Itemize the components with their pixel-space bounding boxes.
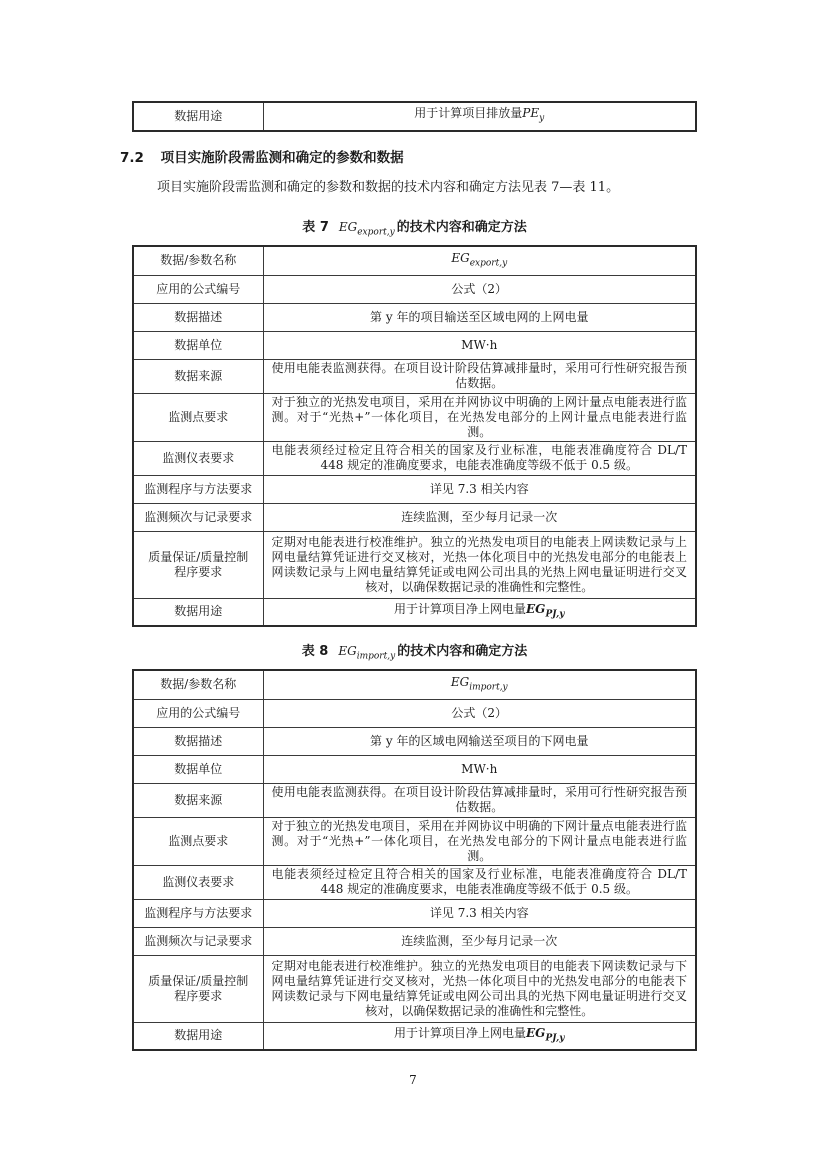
table-row: 数据来源 使用电能表监测获得。在项目设计阶段估算减排量时，采用可行性研究报告预估… — [133, 783, 696, 817]
table-row: 数据/参数名称 EGimport,y — [133, 670, 696, 699]
row-value: MW·h — [263, 755, 696, 783]
row-label: 数据用途 — [133, 598, 263, 626]
row-label: 质量保证/质量控制程序要求 — [133, 531, 263, 598]
row-label: 监测点要求 — [133, 393, 263, 441]
row-label: 数据单位 — [133, 755, 263, 783]
row-label: 监测程序与方法要求 — [133, 899, 263, 927]
row-value: 用于计算项目净上网电量EGPJ,y — [263, 1022, 696, 1050]
page-number: 7 — [0, 1073, 826, 1087]
section-number: 7.2 — [120, 150, 144, 166]
row-value: 对于独立的光热发电项目，采用在并网协议中明确的下网计量点电能表进行监测。对于“光… — [263, 817, 696, 865]
row-value: 使用电能表监测获得。在项目设计阶段估算减排量时，采用可行性研究报告预估数据。 — [263, 359, 696, 393]
row-label: 数据描述 — [133, 727, 263, 755]
math-symbol: EGPJ,y — [526, 602, 564, 616]
row-value: 使用电能表监测获得。在项目设计阶段估算减排量时，采用可行性研究报告预估数据。 — [263, 783, 696, 817]
row-label: 监测频次与记录要求 — [133, 503, 263, 531]
math-symbol: EGexport,y — [451, 251, 507, 265]
table-row: 数据用途 用于计算项目排放量PEy — [133, 102, 696, 131]
row-value: MW·h — [263, 331, 696, 359]
table-row: 数据单位 MW·h — [133, 331, 696, 359]
row-value: EGimport,y — [263, 670, 696, 699]
row-label: 应用的公式编号 — [133, 275, 263, 303]
table-row: 监测点要求 对于独立的光热发电项目，采用在并网协议中明确的下网计量点电能表进行监… — [133, 817, 696, 865]
row-value: 详见 7.3 相关内容 — [263, 475, 696, 503]
table-row: 监测程序与方法要求 详见 7.3 相关内容 — [133, 899, 696, 927]
table-row: 监测仪表要求 电能表须经过检定且符合相关的国家及行业标准，电能表准确度符合 DL… — [133, 865, 696, 899]
row-label: 监测程序与方法要求 — [133, 475, 263, 503]
row-value: EGexport,y — [263, 246, 696, 275]
row-label: 质量保证/质量控制程序要求 — [133, 955, 263, 1022]
math-symbol: EGexport,y — [339, 220, 395, 234]
table7-caption: 表 7EGexport,y的技术内容和确定方法 — [132, 216, 697, 237]
previous-table: 数据用途 用于计算项目排放量PEy — [132, 101, 697, 132]
row-label: 监测仪表要求 — [133, 865, 263, 899]
table-row: 数据用途 用于计算项目净上网电量EGPJ,y — [133, 598, 696, 626]
row-value: 公式（2） — [263, 699, 696, 727]
math-symbol: PEy — [522, 106, 544, 120]
row-label: 数据来源 — [133, 783, 263, 817]
table-row: 监测频次与记录要求 连续监测，至少每月记录一次 — [133, 927, 696, 955]
row-label: 数据单位 — [133, 331, 263, 359]
table-row: 数据描述 第 y 年的项目输送至区域电网的上网电量 — [133, 303, 696, 331]
table-row: 数据/参数名称 EGexport,y — [133, 246, 696, 275]
section-heading: 7.2 项目实施阶段需监测和确定的参数和数据 — [120, 146, 404, 166]
table8-caption: 表 8EGimport,y的技术内容和确定方法 — [132, 640, 697, 661]
row-value: 电能表须经过检定且符合相关的国家及行业标准，电能表准确度符合 DL/T 448 … — [263, 865, 696, 899]
section-paragraph: 项目实施阶段需监测和确定的参数和数据的技术内容和确定方法见表 7—表 11。 — [157, 176, 619, 195]
table-row: 数据单位 MW·h — [133, 755, 696, 783]
table-row: 质量保证/质量控制程序要求 定期对电能表进行校准维护。独立的光热发电项目的电能表… — [133, 531, 696, 598]
row-value: 用于计算项目净上网电量EGPJ,y — [263, 598, 696, 626]
table-row: 监测频次与记录要求 连续监测，至少每月记录一次 — [133, 503, 696, 531]
row-value: 连续监测，至少每月记录一次 — [263, 927, 696, 955]
section-title: 项目实施阶段需监测和确定的参数和数据 — [161, 150, 404, 166]
math-symbol: EGimport,y — [451, 675, 508, 689]
math-symbol: EGPJ,y — [526, 1026, 564, 1040]
table-row: 质量保证/质量控制程序要求 定期对电能表进行校准维护。独立的光热发电项目的电能表… — [133, 955, 696, 1022]
row-label: 监测点要求 — [133, 817, 263, 865]
row-value: 对于独立的光热发电项目，采用在并网协议中明确的上网计量点电能表进行监测。对于“光… — [263, 393, 696, 441]
row-value: 公式（2） — [263, 275, 696, 303]
table-row: 数据来源 使用电能表监测获得。在项目设计阶段估算减排量时，采用可行性研究报告预估… — [133, 359, 696, 393]
row-label: 数据描述 — [133, 303, 263, 331]
table-row: 数据描述 第 y 年的区域电网输送至项目的下网电量 — [133, 727, 696, 755]
table7: 数据/参数名称 EGexport,y 应用的公式编号 公式（2） 数据描述 第 … — [132, 245, 697, 627]
table-row: 监测点要求 对于独立的光热发电项目，采用在并网协议中明确的上网计量点电能表进行监… — [133, 393, 696, 441]
row-label: 数据来源 — [133, 359, 263, 393]
table8: 数据/参数名称 EGimport,y 应用的公式编号 公式（2） 数据描述 第 … — [132, 669, 697, 1051]
math-symbol: EGimport,y — [338, 644, 395, 658]
table-row: 数据用途 用于计算项目净上网电量EGPJ,y — [133, 1022, 696, 1050]
table-row: 应用的公式编号 公式（2） — [133, 699, 696, 727]
row-label: 监测频次与记录要求 — [133, 927, 263, 955]
row-label: 监测仪表要求 — [133, 441, 263, 475]
row-value: 电能表须经过检定且符合相关的国家及行业标准，电能表准确度符合 DL/T 448 … — [263, 441, 696, 475]
row-value: 详见 7.3 相关内容 — [263, 899, 696, 927]
row-value: 第 y 年的项目输送至区域电网的上网电量 — [263, 303, 696, 331]
row-label: 数据用途 — [133, 102, 263, 131]
row-value: 连续监测，至少每月记录一次 — [263, 503, 696, 531]
table-row: 监测程序与方法要求 详见 7.3 相关内容 — [133, 475, 696, 503]
table-row: 应用的公式编号 公式（2） — [133, 275, 696, 303]
row-value: 第 y 年的区域电网输送至项目的下网电量 — [263, 727, 696, 755]
row-value: 定期对电能表进行校准维护。独立的光热发电项目的电能表上网读数记录与上网电量结算凭… — [263, 531, 696, 598]
row-label: 数据/参数名称 — [133, 246, 263, 275]
row-label: 数据用途 — [133, 1022, 263, 1050]
row-label: 数据/参数名称 — [133, 670, 263, 699]
table-row: 监测仪表要求 电能表须经过检定且符合相关的国家及行业标准，电能表准确度符合 DL… — [133, 441, 696, 475]
row-value: 用于计算项目排放量PEy — [263, 102, 696, 131]
row-label: 应用的公式编号 — [133, 699, 263, 727]
row-value: 定期对电能表进行校准维护。独立的光热发电项目的电能表下网读数记录与下网电量结算凭… — [263, 955, 696, 1022]
